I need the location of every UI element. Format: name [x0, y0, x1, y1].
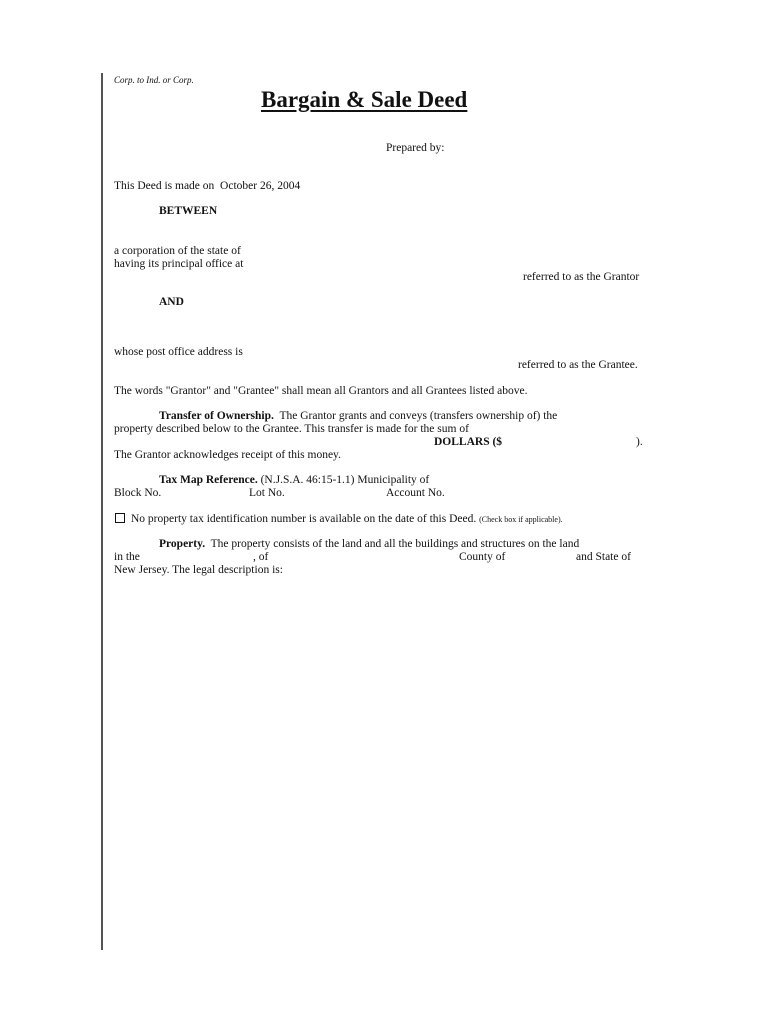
tax-map-line: Tax Map Reference. (N.J.S.A. 46:15-1.1) …: [159, 474, 429, 487]
account-label: Account No.: [386, 487, 445, 500]
tax-map-heading: Tax Map Reference.: [159, 474, 258, 486]
grantor-state-line: a corporation of the state of: [114, 245, 241, 258]
lot-label: Lot No.: [249, 487, 285, 500]
definitions-paragraph: The words "Grantor" and "Grantee" shall …: [114, 385, 527, 398]
deed-date-line: This Deed is made on October 26, 2004: [114, 180, 300, 193]
no-tax-id-note: (Check box if applicable).: [479, 515, 563, 524]
grantee-reference: referred to as the Grantee.: [518, 359, 638, 372]
transfer-line-4: The Grantor acknowledges receipt of this…: [114, 449, 341, 462]
transfer-text-1: The Grantor grants and conveys (transfer…: [279, 410, 557, 422]
property-line-1: Property. The property consists of the l…: [159, 538, 579, 551]
property-heading: Property.: [159, 538, 205, 550]
property-state-of: and State of: [576, 551, 631, 564]
no-tax-id-checkbox[interactable]: [115, 513, 125, 523]
form-type-label: Corp. to Ind. or Corp.: [114, 74, 194, 87]
and-heading: AND: [159, 296, 184, 309]
grantor-reference: referred to as the Grantor: [523, 271, 639, 284]
transfer-line-1: Transfer of Ownership. The Grantor grant…: [159, 410, 557, 423]
prepared-by-label: Prepared by:: [386, 142, 444, 155]
no-tax-id-text: No property tax identification number is…: [131, 513, 476, 525]
margin-rule: [101, 73, 103, 950]
deed-date-prefix: This Deed is made on: [114, 180, 214, 192]
property-text-1: The property consists of the land and al…: [211, 538, 580, 550]
between-heading: BETWEEN: [159, 205, 217, 218]
property-of: , of: [253, 551, 268, 564]
no-tax-id-row: No property tax identification number is…: [115, 513, 563, 526]
tax-map-statute: (N.J.S.A. 46:15-1.1) Municipality of: [261, 474, 430, 486]
dollars-label: DOLLARS ($: [434, 436, 502, 449]
property-in-the: in the: [114, 551, 140, 564]
grantee-address-line: whose post office address is: [114, 346, 243, 359]
property-line-3: New Jersey. The legal description is:: [114, 564, 283, 577]
property-county-of: County of: [459, 551, 505, 564]
page-title: Bargain & Sale Deed: [261, 87, 467, 113]
transfer-heading: Transfer of Ownership.: [159, 410, 274, 422]
deed-date-value: October 26, 2004: [220, 180, 300, 192]
dollars-close: ).: [636, 436, 643, 449]
block-label: Block No.: [114, 487, 161, 500]
transfer-line-2: property described below to the Grantee.…: [114, 423, 469, 436]
grantor-office-line: having its principal office at: [114, 258, 243, 271]
